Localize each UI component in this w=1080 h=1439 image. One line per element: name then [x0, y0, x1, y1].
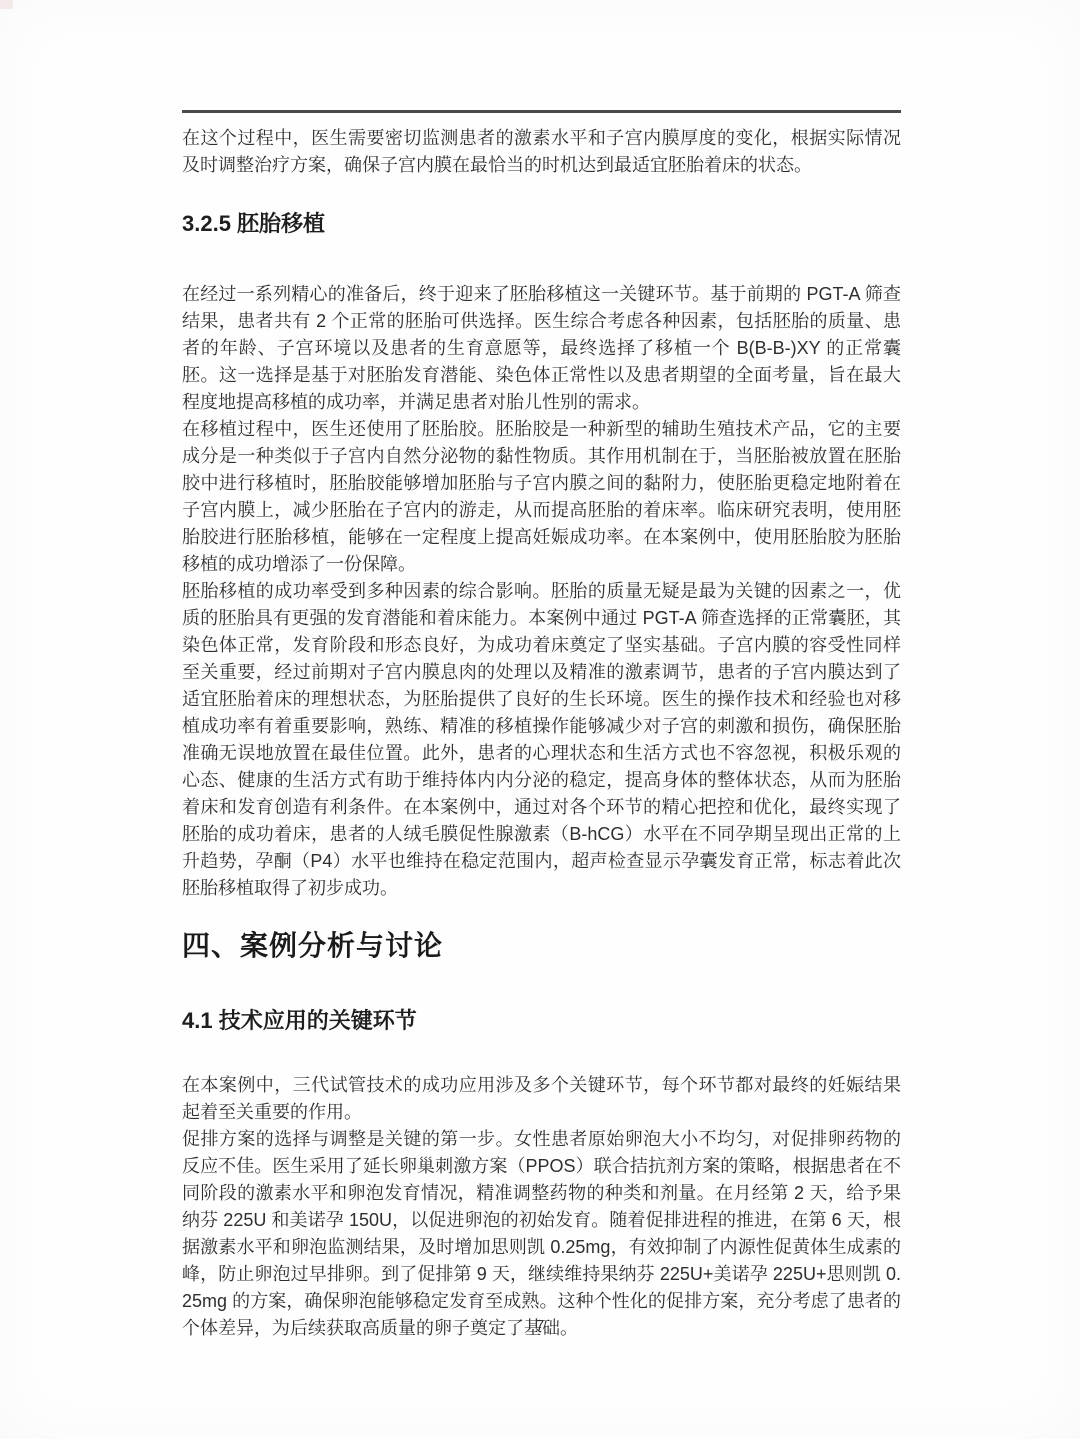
para-transfer-success-factors: 胚胎移植的成功率受到多种因素的综合影响。胚胎的质量无疑是最为关键的因素之一，优质…: [182, 578, 901, 902]
heading-4-1-key-technical-steps: 4.1 技术应用的关键环节: [182, 1006, 901, 1036]
para-embryo-selection: 在经过一系列精心的准备后，终于迎来了胚胎移植这一关键环节。基于前期的 PGT-A…: [182, 281, 901, 416]
para-embryo-glue: 在移植过程中，医生还使用了胚胎胶。胚胎胶是一种新型的辅助生殖技术产品，它的主要成…: [182, 416, 901, 578]
heading-3-2-5-embryo-transfer: 3.2.5 胚胎移植: [182, 209, 901, 239]
para-key-steps-intro: 在本案例中，三代试管技术的成功应用涉及多个关键环节，每个环节都对最终的妊娠结果起…: [182, 1072, 901, 1126]
header-rule: [182, 110, 901, 113]
para-endometrium-monitoring: 在这个过程中，医生需要密切监测患者的激素水平和子宫内膜厚度的变化，根据实际情况及…: [182, 125, 901, 179]
scan-artifact: [0, 0, 13, 9]
page-content: 在这个过程中，医生需要密切监测患者的激素水平和子宫内膜厚度的变化，根据实际情况及…: [182, 0, 901, 1342]
heading-4-case-analysis: 四、案例分析与讨论: [182, 928, 901, 964]
document-page: 在这个过程中，医生需要密切监测患者的激素水平和子宫内膜厚度的变化，根据实际情况及…: [0, 0, 1080, 1439]
page-number: 7: [0, 1314, 1080, 1338]
para-stimulation-protocol: 促排方案的选择与调整是关键的第一步。女性患者原始卵泡大小不均匀，对促排卵药物的反…: [182, 1126, 901, 1342]
